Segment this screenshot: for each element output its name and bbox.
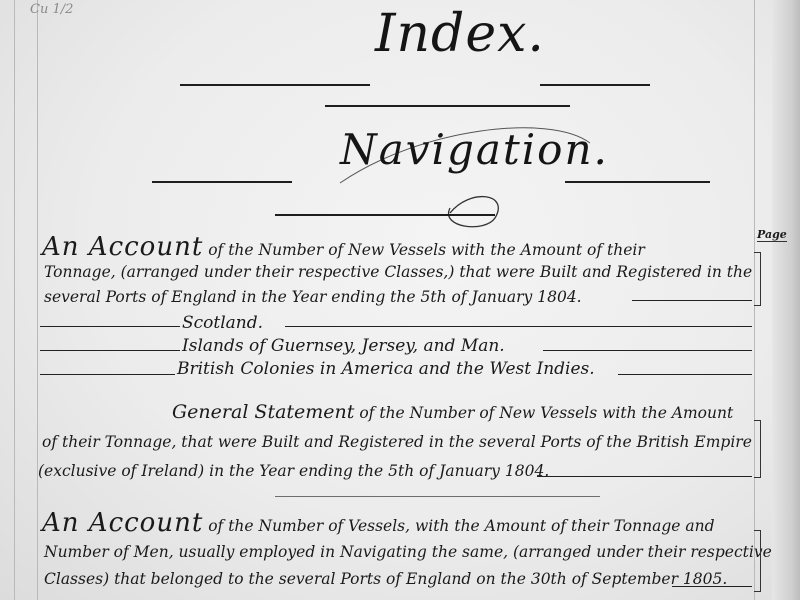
page-edge-shadow	[772, 0, 800, 600]
entry-1-line-3: several Ports of England in the Year end…	[44, 288, 582, 306]
entry-1-line-1[interactable]: An Account of the Number of New Vessels …	[42, 232, 645, 262]
entry-1-lead: An Account	[42, 232, 203, 262]
entry-2-leader-left	[40, 326, 180, 327]
title-underline	[325, 105, 570, 107]
entry-6-bracket	[754, 530, 761, 592]
entry-3-leader-right	[543, 350, 752, 351]
nav-underline	[275, 214, 495, 216]
entry-6-line-2: Number of Men, usually employed in Navig…	[44, 543, 772, 561]
entry-6-lead: An Account	[42, 508, 203, 538]
nav-rule-left	[152, 181, 292, 183]
entry-1-leader	[632, 300, 752, 301]
entry-1-line-2: Tonnage, (arranged under their respectiv…	[44, 263, 752, 281]
index-title: Index.	[375, 4, 545, 64]
section-divider	[275, 496, 600, 497]
entry-4-leader-left	[40, 374, 175, 375]
navigation-heading: Navigation.	[340, 125, 609, 174]
entry-4-leader-right	[618, 374, 752, 375]
title-rule-left	[180, 84, 370, 86]
entry-islands[interactable]: Islands of Guernsey, Jersey, and Man.	[182, 336, 505, 356]
manuscript-page: Cu 1/2 Index. Navigation. Page An Accoun…	[0, 0, 800, 600]
margin-line	[37, 0, 38, 600]
entry-british-colonies[interactable]: British Colonies in America and the West…	[177, 359, 595, 379]
entry-5-lead: General Statement	[172, 401, 354, 423]
margin-line	[14, 0, 15, 600]
entry-5-line-2: of their Tonnage, that were Built and Re…	[42, 433, 752, 451]
entry-1-bracket	[754, 252, 761, 306]
entry-5-leader	[537, 476, 752, 477]
entry-5-line-1[interactable]: General Statement of the Number of New V…	[172, 401, 733, 423]
entry-6-leader	[672, 586, 752, 587]
title-rule-right	[540, 84, 650, 86]
entry-2-leader-right	[285, 326, 752, 327]
entry-5-bracket	[754, 420, 761, 478]
entry-3-leader-left	[40, 350, 180, 351]
nav-rule-right	[565, 181, 710, 183]
entry-5-line-3: (exclusive of Ireland) in the Year endin…	[38, 462, 549, 480]
entry-scotland[interactable]: Scotland.	[182, 313, 263, 333]
entry-6-line-3: Classes) that belonged to the several Po…	[44, 570, 727, 588]
archive-mark: Cu 1/2	[30, 2, 73, 17]
page-column-label: Page	[757, 228, 787, 242]
entry-6-line-1[interactable]: An Account of the Number of Vessels, wit…	[42, 508, 715, 538]
